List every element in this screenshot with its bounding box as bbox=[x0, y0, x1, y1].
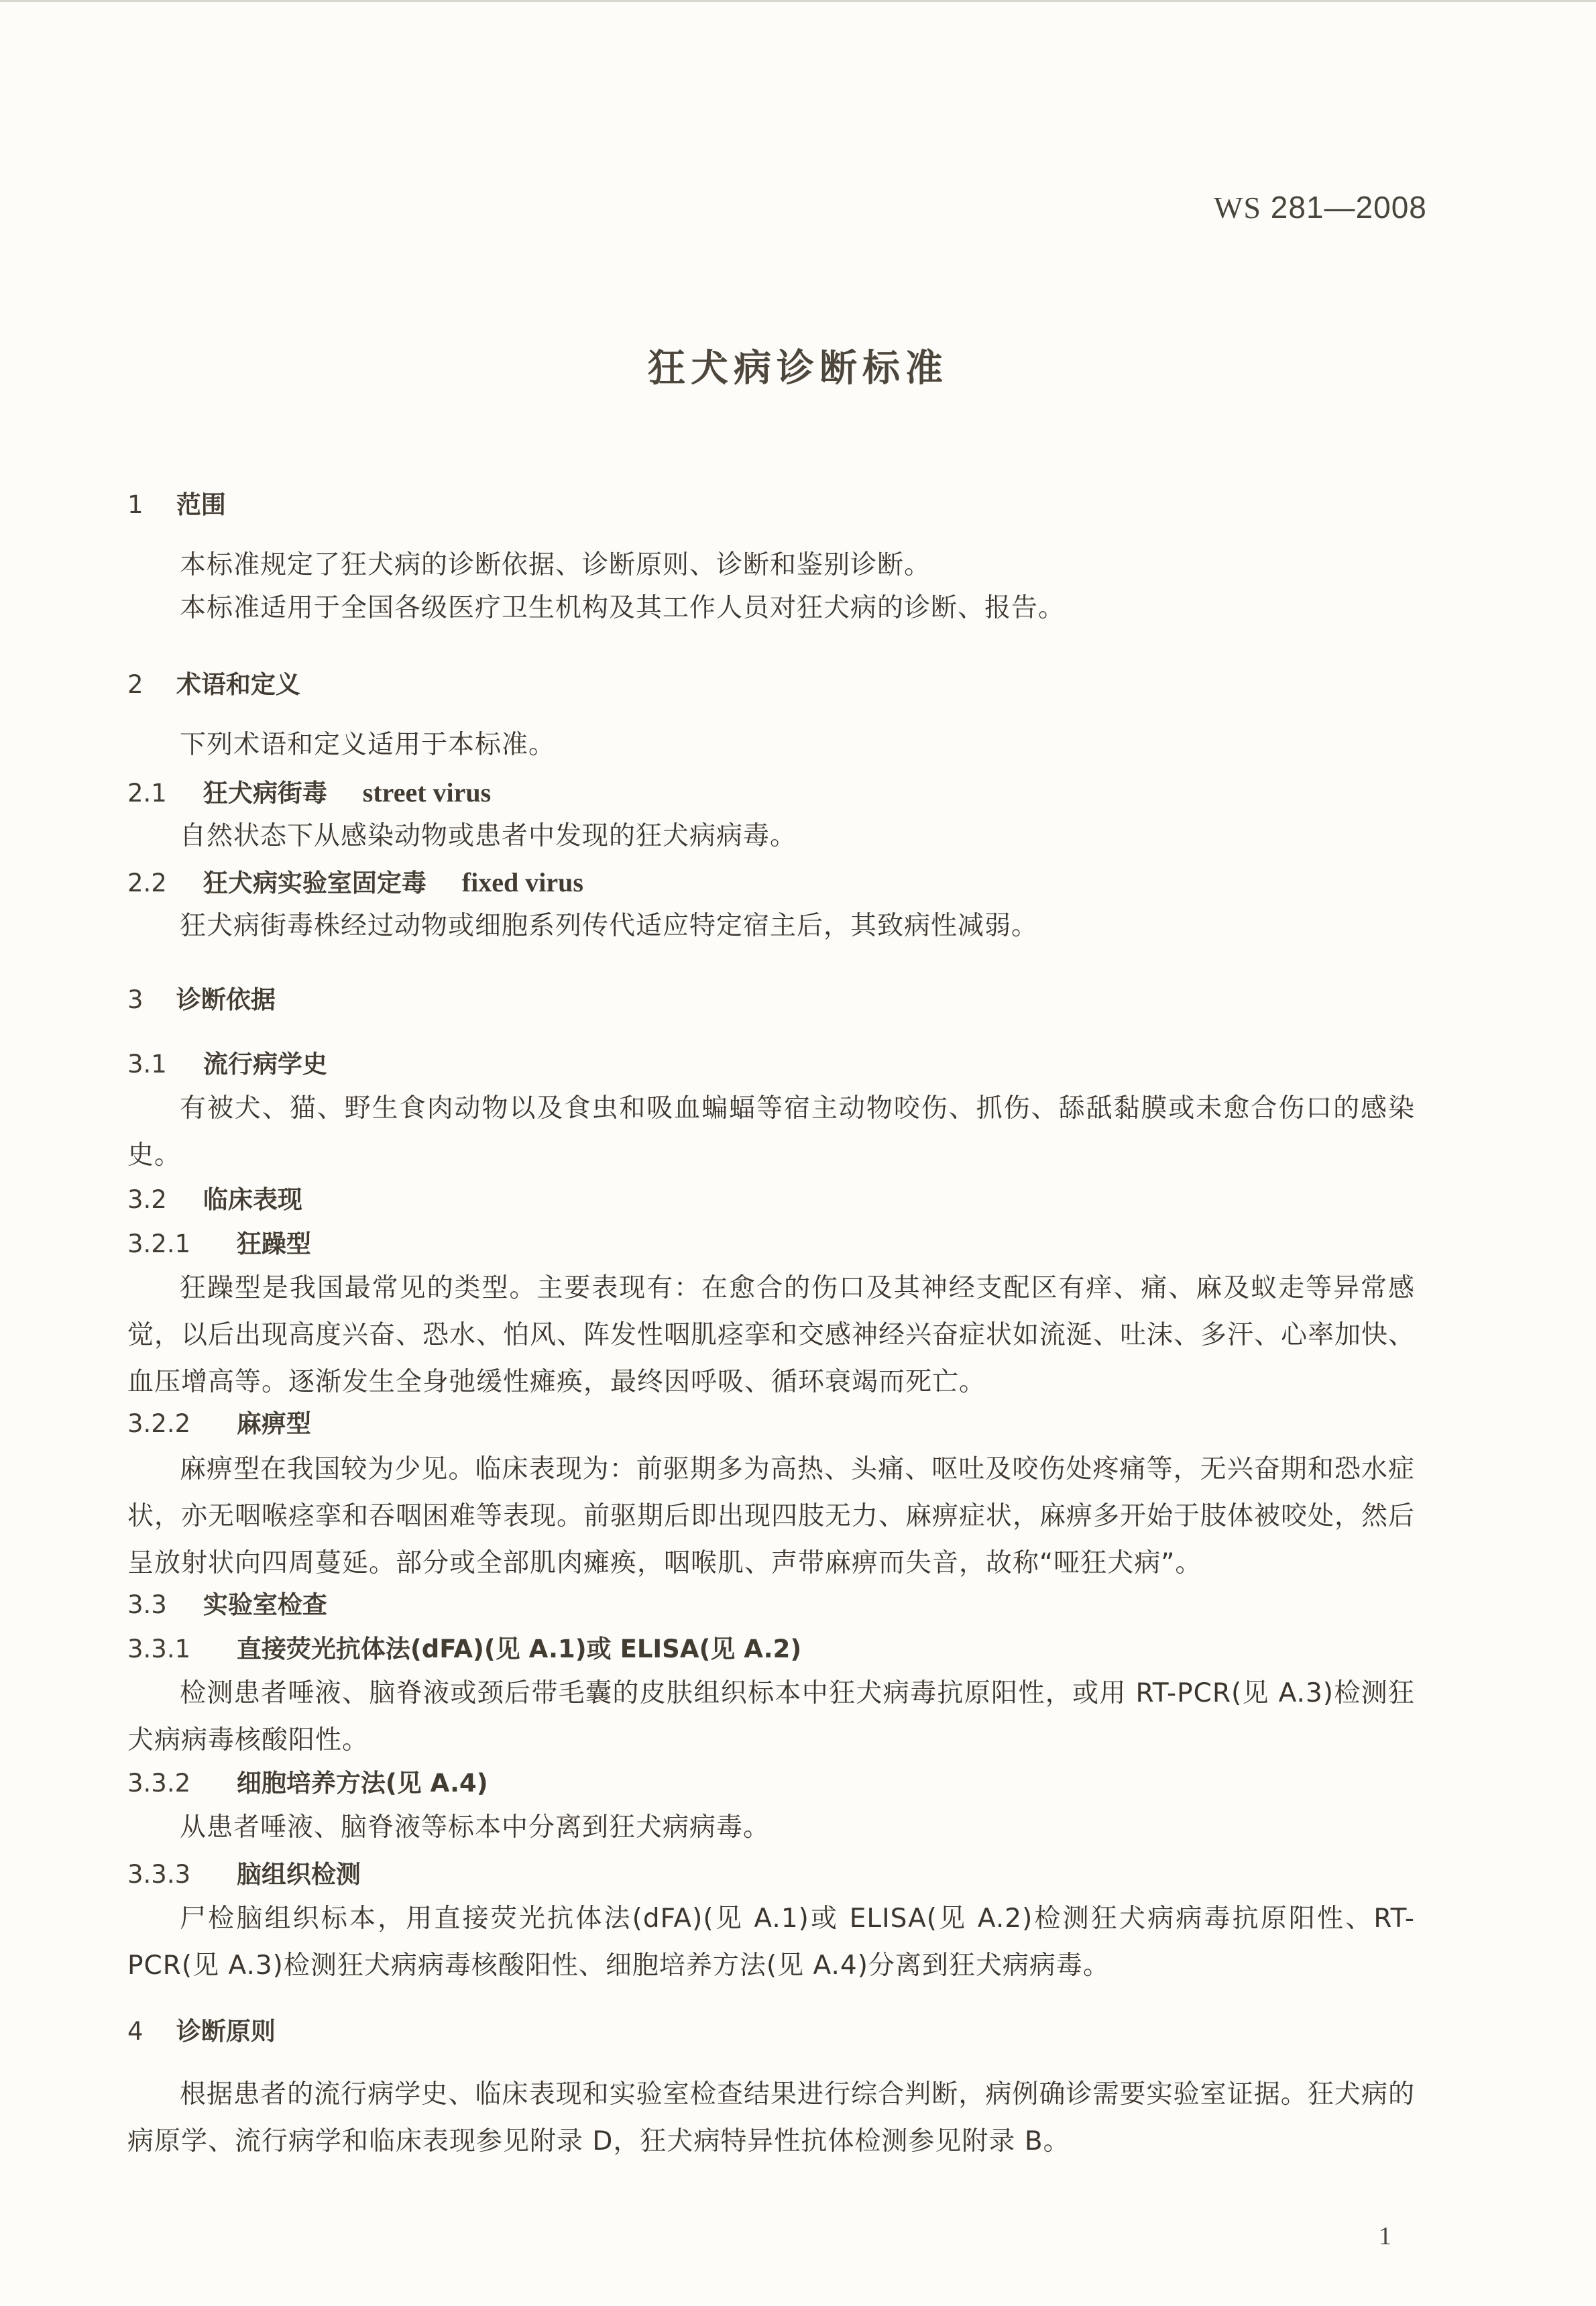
section-number: 3.2.2 bbox=[127, 1409, 228, 1438]
section-3-1-text: 有被犬、猫、野生食肉动物以及食虫和吸血蝙蝠等宿主动物咬伤、抓伤、舔舐黏膜或未愈合… bbox=[127, 1085, 1415, 1179]
section-2-2-heading: 2.2 狂犬病实验室固定毒 fixed virus bbox=[127, 863, 583, 899]
page-top-edge bbox=[0, 0, 1596, 2]
english-term: fixed virus bbox=[462, 867, 583, 897]
section-1-heading: 1 范围 bbox=[127, 484, 226, 520]
page-number: 1 bbox=[1379, 2221, 1391, 2251]
section-3-3-1-heading: 3.3.1 直接荧光抗体法(dFA)(见 A.1)或 ELISA(见 A.2) bbox=[127, 1629, 801, 1665]
section-3-3-2-text: 从患者唾液、脑脊液等标本中分离到狂犬病病毒。 bbox=[127, 1804, 1415, 1851]
standard-prefix: WS bbox=[1214, 190, 1261, 225]
section-title: 脑组织检测 bbox=[237, 1860, 361, 1889]
section-2-1-heading: 2.1 狂犬病街毒 street virus bbox=[127, 773, 491, 809]
section-4-text: 根据患者的流行病学史、临床表现和实验室检查结果进行综合判断，病例确诊需要实验室证… bbox=[127, 2071, 1415, 2165]
section-1-paragraph-1: 本标准规定了狂犬病的诊断依据、诊断原则、诊断和鉴别诊断。 bbox=[127, 542, 1415, 589]
section-title: 临床表现 bbox=[203, 1185, 302, 1214]
section-3-3-1-text: 检测患者唾液、脑脊液或颈后带毛囊的皮肤组织标本中狂犬病毒抗原阳性，或用 RT-P… bbox=[127, 1670, 1415, 1764]
section-title: 范围 bbox=[176, 490, 226, 519]
section-3-3-heading: 3.3 实验室检查 bbox=[127, 1584, 327, 1621]
section-number: 2 bbox=[127, 670, 168, 699]
document-title: 狂犬病诊断标准 bbox=[0, 339, 1596, 392]
section-3-2-heading: 3.2 临床表现 bbox=[127, 1179, 302, 1215]
section-3-3-3-heading: 3.3.3 脑组织检测 bbox=[127, 1854, 361, 1890]
section-number: 4 bbox=[127, 2017, 168, 2046]
section-title: 细胞培养方法(见 A.4) bbox=[237, 1769, 488, 1798]
section-title: 狂犬病街毒 bbox=[203, 779, 327, 808]
section-3-2-2-heading: 3.2.2 麻痹型 bbox=[127, 1403, 311, 1439]
section-number: 3.3.2 bbox=[127, 1769, 228, 1798]
section-number: 3.3.3 bbox=[127, 1860, 228, 1889]
section-2-2-text: 狂犬病街毒株经过动物或细胞系列传代适应特定宿主后，其致病性减弱。 bbox=[127, 903, 1415, 950]
section-title: 实验室检查 bbox=[203, 1590, 327, 1619]
section-2-1-text: 自然状态下从感染动物或患者中发现的狂犬病病毒。 bbox=[127, 813, 1415, 860]
english-term: street virus bbox=[363, 777, 491, 808]
section-number: 3.1 bbox=[127, 1050, 194, 1079]
section-number: 3.3.1 bbox=[127, 1635, 228, 1663]
section-title: 直接荧光抗体法(dFA)(见 A.1)或 ELISA(见 A.2) bbox=[237, 1635, 801, 1663]
section-number: 1 bbox=[127, 490, 168, 519]
section-title: 术语和定义 bbox=[176, 670, 300, 699]
section-number: 3.2 bbox=[127, 1185, 194, 1214]
section-3-2-1-heading: 3.2.1 狂躁型 bbox=[127, 1223, 311, 1260]
section-3-heading: 3 诊断依据 bbox=[127, 979, 276, 1015]
section-title: 流行病学史 bbox=[203, 1050, 327, 1079]
section-3-2-2-text: 麻痹型在我国较为少见。临床表现为：前驱期多为高热、头痛、呕吐及咬伤处疼痛等，无兴… bbox=[127, 1446, 1415, 1587]
standard-number: 281—2008 bbox=[1271, 190, 1427, 225]
section-3-1-heading: 3.1 流行病学史 bbox=[127, 1044, 327, 1080]
section-number: 2.1 bbox=[127, 779, 194, 808]
section-number: 3.3 bbox=[127, 1590, 194, 1619]
standard-code: WS 281—2008 bbox=[1214, 189, 1427, 225]
section-3-2-1-text: 狂躁型是我国最常见的类型。主要表现有：在愈合的伤口及其神经支配区有痒、痛、麻及蚁… bbox=[127, 1265, 1415, 1406]
section-4-heading: 4 诊断原则 bbox=[127, 2011, 276, 2047]
section-title: 狂犬病实验室固定毒 bbox=[203, 869, 426, 897]
section-title: 麻痹型 bbox=[237, 1409, 311, 1438]
section-number: 3 bbox=[127, 985, 168, 1014]
section-2-heading: 2 术语和定义 bbox=[127, 664, 300, 700]
section-3-3-3-text: 尸检脑组织标本，用直接荧光抗体法(dFA)(见 A.1)或 ELISA(见 A.… bbox=[127, 1896, 1415, 1989]
section-number: 3.2.1 bbox=[127, 1229, 228, 1258]
section-title: 狂躁型 bbox=[237, 1229, 311, 1258]
section-2-intro: 下列术语和定义适用于本标准。 bbox=[127, 722, 1415, 769]
section-title: 诊断原则 bbox=[176, 2017, 276, 2046]
section-number: 2.2 bbox=[127, 869, 194, 897]
section-1-paragraph-2: 本标准适用于全国各级医疗卫生机构及其工作人员对狂犬病的诊断、报告。 bbox=[127, 585, 1415, 632]
section-3-3-2-heading: 3.3.2 细胞培养方法(见 A.4) bbox=[127, 1763, 488, 1799]
section-title: 诊断依据 bbox=[176, 985, 276, 1014]
